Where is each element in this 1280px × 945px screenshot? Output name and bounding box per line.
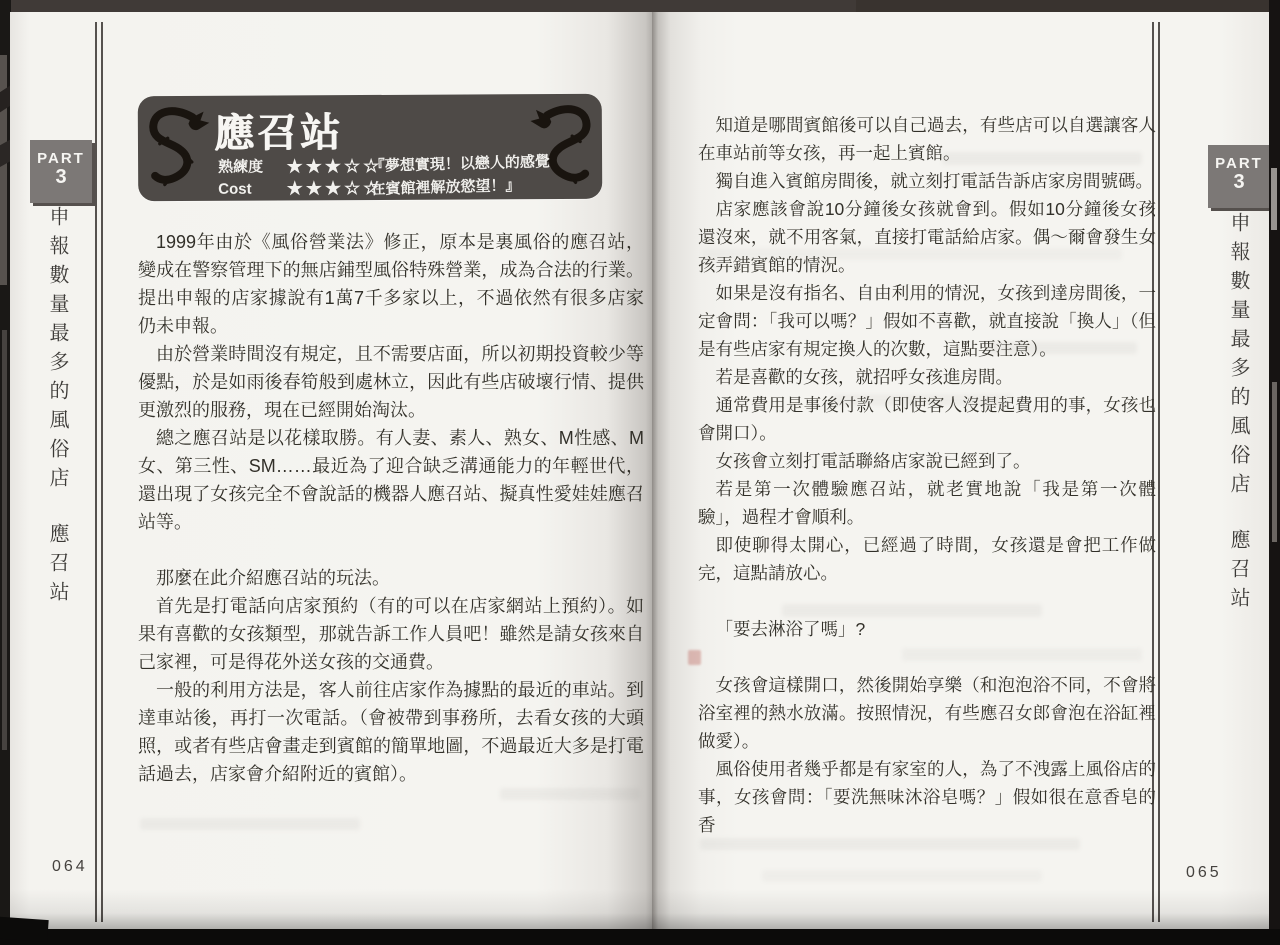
skill-label: 熟練度: [218, 155, 282, 176]
cost-stars: ★★★☆☆: [287, 178, 383, 199]
paragraph: 一般的利用方法是，客人前往店家作為據點的最近的車站。到達車站後，再打一次電話。（…: [138, 676, 644, 788]
paragraph: 若是喜歡的女孩，就招呼女孩進房間。: [698, 363, 1156, 391]
part-label: PART: [30, 150, 92, 167]
part-number: 3: [1208, 172, 1270, 192]
chapter-topic: 應召站: [1224, 529, 1253, 616]
bleedthrough-ghost: [782, 604, 1042, 617]
cost-label: Cost: [218, 180, 282, 197]
bleedthrough-ghost: [762, 870, 1042, 882]
left-page: PART 3 申報數量最多的風俗店應召站 064 應召站 熟練度 ★★★☆☆: [10, 12, 652, 929]
section-title: 應召站: [214, 101, 343, 159]
chapter-title: 申報數量最多的風俗店: [46, 206, 68, 496]
section-banner: 應召站 熟練度 ★★★☆☆ Cost ★★★☆☆ 『夢想實現！以戀人的感覺 在賓…: [138, 94, 603, 201]
chapter-vertical-title: 申報數量最多的風俗店應召站: [43, 206, 72, 610]
right-page: PART 3 申報數量最多的風俗店應召站 065 知道是哪間賓館後可以自己過去，…: [652, 12, 1270, 929]
paragraph: 首先是打電話向店家預約（有的可以在店家網站上預約）。如果有喜歡的女孩類型，那就告…: [138, 592, 644, 676]
tagline-line1: 『夢想實現！以戀人的感覺: [370, 153, 550, 175]
skill-stars: ★★★☆☆: [286, 156, 382, 177]
paragraph: 店家應該會說10分鐘後女孩就會到。假如10分鐘後女孩還沒來，就不用客氣，直接打電…: [698, 195, 1156, 279]
part-number: 3: [30, 167, 92, 187]
bleedthrough-ghost: [700, 838, 1080, 850]
scan-bottom-edge: [0, 929, 1280, 945]
paragraph: 女孩會立刻打電話聯絡店家說已經到了。: [698, 447, 1156, 475]
right-page-body: 知道是哪間賓館後可以自己過去，有些店可以自選讓客人在車站前等女孩，再一起上賓館。…: [698, 111, 1156, 839]
part-badge: PART 3: [1208, 145, 1270, 208]
part-label: PART: [1208, 155, 1270, 172]
bleedthrough-ghost: [942, 152, 1142, 165]
bleedthrough-ghost: [832, 394, 1012, 406]
sidebar-rule: [101, 22, 103, 922]
page-number: 064: [52, 858, 88, 876]
bleedthrough-ghost: [140, 818, 360, 830]
sidebar-rule: [95, 22, 97, 922]
paragraph: 「要去淋浴了嗎」?: [698, 615, 1156, 643]
page-stack-edge: [1271, 168, 1277, 230]
page-stack-edge: [1272, 382, 1277, 542]
page-stack-edge: [2, 330, 7, 750]
paragraph: 那麼在此介紹應召站的玩法。: [138, 564, 644, 592]
bleedthrough-ghost: [702, 248, 1122, 260]
paragraph: 由於營業時間沒有規定，且不需要店面，所以初期投資較少等優點，於是如雨後春筍般到處…: [138, 340, 644, 424]
chapter-title: 申報數量最多的風俗店: [1227, 212, 1249, 502]
skill-rating-row: 熟練度 ★★★☆☆: [218, 155, 382, 178]
bleedthrough-ghost: [987, 342, 1137, 354]
paragraph: 獨自進入賓館房間後，就立刻打電話告訴店家房間號碼。: [698, 167, 1156, 195]
chapter-topic: 應召站: [43, 523, 72, 610]
page-number: 065: [1186, 864, 1222, 882]
part-badge: PART 3: [30, 140, 92, 203]
bleedthrough-ghost: [902, 648, 1142, 661]
paragraph: 若是第一次體驗應召站，就老實地說「我是第一次體驗」，過程才會順利。: [698, 475, 1156, 531]
cost-rating-row: Cost ★★★☆☆: [218, 178, 382, 200]
paragraph: 1999年由於《風俗營業法》修正，原本是裏風俗的應召站，變成在警察管理下的無店鋪…: [138, 228, 644, 340]
paragraph: 總之應召站是以花樣取勝。有人妻、素人、熟女、M性感、M女、第三性、SM……最近為…: [138, 424, 644, 536]
book-scan: PART 3 申報數量最多的風俗店應召站 064 應召站 熟練度 ★★★☆☆: [0, 0, 1280, 945]
dragon-icon: [143, 101, 215, 196]
sidebar-rule: [1158, 22, 1160, 922]
bleedthrough-ghost: [500, 788, 640, 800]
chapter-vertical-title: 申報數量最多的風俗店應召站: [1224, 212, 1253, 616]
left-page-body: 1999年由於《風俗營業法》修正，原本是裏風俗的應召站，變成在警察管理下的無店鋪…: [138, 228, 644, 788]
paragraph: 女孩會這樣開口，然後開始享樂（和泡泡浴不同，不會將浴室裡的熱水放滿。按照情況，有…: [698, 671, 1156, 755]
paragraph: 風俗使用者幾乎都是有家室的人，為了不洩露上風俗店的事，女孩會問：「要洗無味沐浴皂…: [698, 755, 1156, 839]
banner-tagline: 『夢想實現！以戀人的感覺 在賓館裡解放慾望！』: [370, 150, 561, 201]
scan-corner-shadow: [0, 916, 49, 942]
paragraph: 即使聊得太開心，已經過了時間，女孩還是會把工作做完，這點請放心。: [698, 531, 1156, 587]
tagline-line2: 在賓館裡解放慾望！』: [370, 177, 520, 198]
ink-mark: [688, 650, 701, 665]
